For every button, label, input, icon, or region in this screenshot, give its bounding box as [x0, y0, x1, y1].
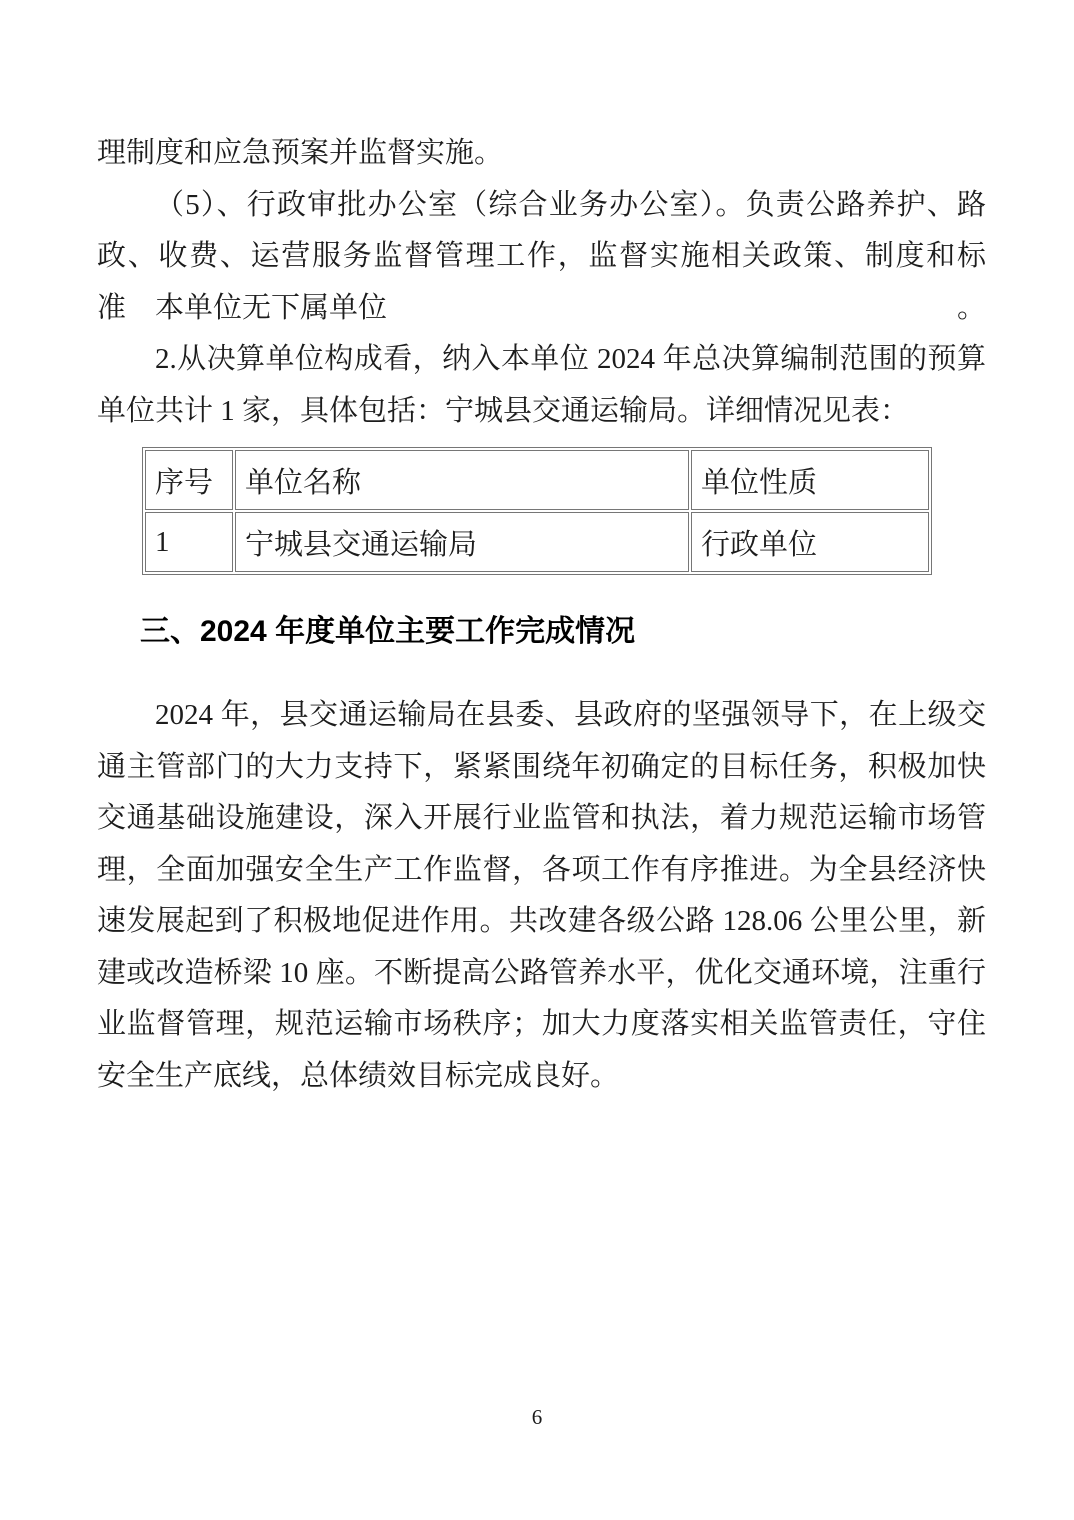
paragraph-line: 理制度和应急预案并监督实施。	[97, 128, 986, 180]
table-header-name: 单位名称	[235, 450, 689, 510]
paragraph-line: 业监督管理，规范运输市场秩序；加大力度落实相关监管责任，守住	[97, 999, 986, 1051]
paragraph-line: （5）、行政审批办公室（综合业务办公室）。负责公路养护、路	[97, 180, 986, 232]
table-row: 1 宁城县交通运输局 行政单位	[145, 512, 929, 572]
paragraph-line: 速发展起到了积极地促进作用。共改建各级公路 128.06 公里公里，新	[97, 896, 986, 948]
document-page: 理制度和应急预案并监督实施。 （5）、行政审批办公室（综合业务办公室）。负责公路…	[0, 0, 1074, 1520]
paragraph-line: 安全生产底线，总体绩效目标完成良好。	[97, 1051, 986, 1103]
unit-list-table: 序号 单位名称 单位性质 1 宁城县交通运输局 行政单位	[142, 447, 932, 575]
paragraph-line: 单位共计 1 家，具体包括：宁城县交通运输局。详细情况见表：	[97, 386, 986, 438]
table-cell-seq: 1	[145, 512, 233, 572]
upper-text-block: 理制度和应急预案并监督实施。 （5）、行政审批办公室（综合业务办公室）。负责公路…	[97, 128, 986, 437]
paragraph-line: 2.从决算单位构成看，纳入本单位 2024 年总决算编制范围的预算	[97, 334, 986, 386]
paragraph-line: 理，全面加强安全生产工作监督，各项工作有序推进。为全县经济快	[97, 845, 986, 897]
table-cell-type: 行政单位	[691, 512, 929, 572]
table-header-seq: 序号	[145, 450, 233, 510]
paragraph-line: 通主管部门的大力支持下，紧紧围绕年初确定的目标任务，积极加快	[97, 742, 986, 794]
paragraph-line: 交通基础设施建设，深入开展行业监管和执法，着力规范运输市场管	[97, 793, 986, 845]
lower-text-block: 2024 年，县交通运输局在县委、县政府的坚强领导下，在上级交 通主管部门的大力…	[97, 690, 986, 1102]
page-number: 6	[0, 1405, 1074, 1430]
table-cell-name: 宁城县交通运输局	[235, 512, 689, 572]
section-heading: 三、2024 年度单位主要工作完成情况	[140, 610, 635, 654]
table-header-type: 单位性质	[691, 450, 929, 510]
paragraph-line: 建或改造桥梁 10 座。不断提高公路管养水平，优化交通环境，注重行	[97, 948, 986, 1000]
table-header-row: 序号 单位名称 单位性质	[145, 450, 929, 510]
paragraph-line: 政、收费、运营服务监督管理工作，监督实施相关政策、制度和标准。	[97, 231, 986, 283]
paragraph-line: 2024 年，县交通运输局在县委、县政府的坚强领导下，在上级交	[97, 690, 986, 742]
